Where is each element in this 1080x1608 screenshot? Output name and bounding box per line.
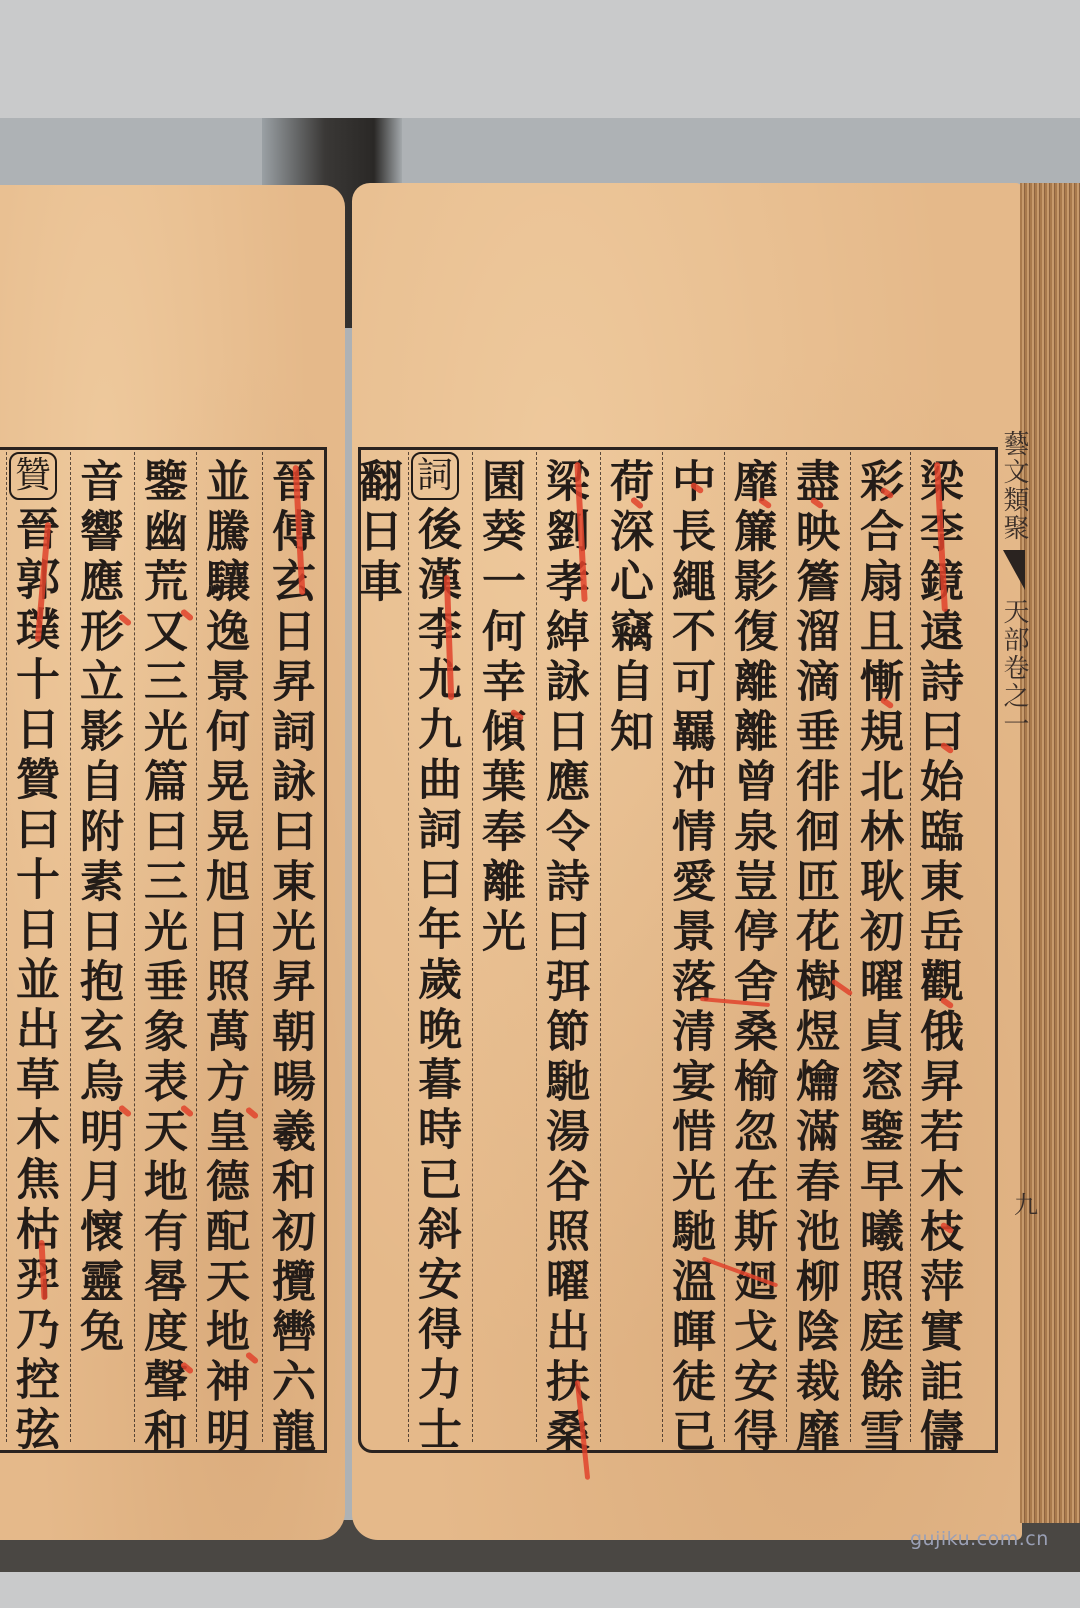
column-text: 梁李鏡遠詩曰始臨東岳觀俄昇若木枝萍實詎儔: [911, 458, 963, 1458]
column-text: 梁劉孝綽詠日應令詩曰弭節馳湯谷照曜出扶桑: [537, 458, 589, 1458]
column-text: 中長繩不可羈冲情愛景落清宴惜光馳溫暉徒已: [663, 458, 715, 1458]
banxin-center-strip: 藝文類聚 天部卷之一: [1000, 430, 1028, 1250]
book-title: 藝文類聚: [1000, 430, 1028, 542]
column-text: 荷深心竊自知: [601, 458, 653, 758]
left-col-1: 晉傅玄日昇詞詠曰東光昇朝暘羲和初攬轡六龍: [262, 452, 315, 1442]
right-col-5: 中長繩不可羈冲情愛景落清宴惜光馳溫暉徒已: [662, 452, 715, 1442]
column-text: 盡映簷溜滴垂徘徊匝花樹煜爚滿春池柳陰裁靡: [787, 458, 839, 1458]
column-text: 靡簾影復離離曾泉豈停舍桑榆忽在斯廻戈安得: [725, 458, 777, 1458]
section-title: 天部卷之一: [1000, 598, 1028, 738]
right-col-6: 荷深心竊自知: [600, 452, 653, 1442]
column-text: 鑒幽荒又三光篇曰三光垂象表天地有晷度聲和: [135, 458, 187, 1458]
right-col-4: 靡簾影復離離曾泉豈停舍桑榆忽在斯廻戈安得: [724, 452, 777, 1442]
column-text: 後漢李尤九曲詞曰年歲晚暮時已斜安得力士: [409, 506, 461, 1456]
right-col-9: 詞 後漢李尤九曲詞曰年歲晚暮時已斜安得力士: [408, 452, 461, 1442]
fish-tail-mark-icon: [1003, 550, 1025, 590]
watermark: gujiku.com.cn: [910, 1528, 1049, 1550]
right-col-1: 梁李鏡遠詩曰始臨東岳觀俄昇若木枝萍實詎儔: [910, 452, 963, 1442]
right-col-10: 翻日車: [350, 452, 402, 1442]
column-text: 並騰驤逸景何晃晃旭日照萬方皇德配天地神明: [197, 458, 249, 1458]
page-number: 九: [1014, 1185, 1038, 1220]
category-label-ci: 詞: [411, 452, 459, 500]
column-text: 晉郭璞十日贊曰十日並出草木焦枯羿乃控弦: [7, 506, 59, 1456]
right-col-3: 盡映簷溜滴垂徘徊匝花樹煜爚滿春池柳陰裁靡: [786, 452, 839, 1442]
column-text: 音響應形立影自附素日抱玄烏明月懷靈兔: [71, 458, 123, 1358]
left-col-5: 贊 晉郭璞十日贊曰十日並出草木焦枯羿乃控弦: [6, 452, 59, 1442]
column-text: 晉傅玄日昇詞詠曰東光昇朝暘羲和初攬轡六龍: [263, 458, 315, 1458]
column-text: 翻日車: [350, 458, 402, 608]
right-col-2: 彩合扇且慚規北林耿初曜貞窓鑒早曦照庭餘雪: [850, 452, 903, 1442]
book-fore-edge: [1020, 183, 1080, 1523]
left-col-2: 並騰驤逸景何晃晃旭日照萬方皇德配天地神明: [196, 452, 249, 1442]
category-label-zan: 贊: [9, 452, 57, 500]
column-text: 彩合扇且慚規北林耿初曜貞窓鑒早曦照庭餘雪: [851, 458, 903, 1458]
column-text: 園葵一何幸傾葉奉離光: [473, 458, 525, 958]
left-col-4: 音響應形立影自附素日抱玄烏明月懷靈兔: [70, 452, 123, 1442]
left-col-3: 鑒幽荒又三光篇曰三光垂象表天地有晷度聲和: [134, 452, 187, 1442]
right-col-8: 園葵一何幸傾葉奉離光: [472, 452, 525, 1442]
